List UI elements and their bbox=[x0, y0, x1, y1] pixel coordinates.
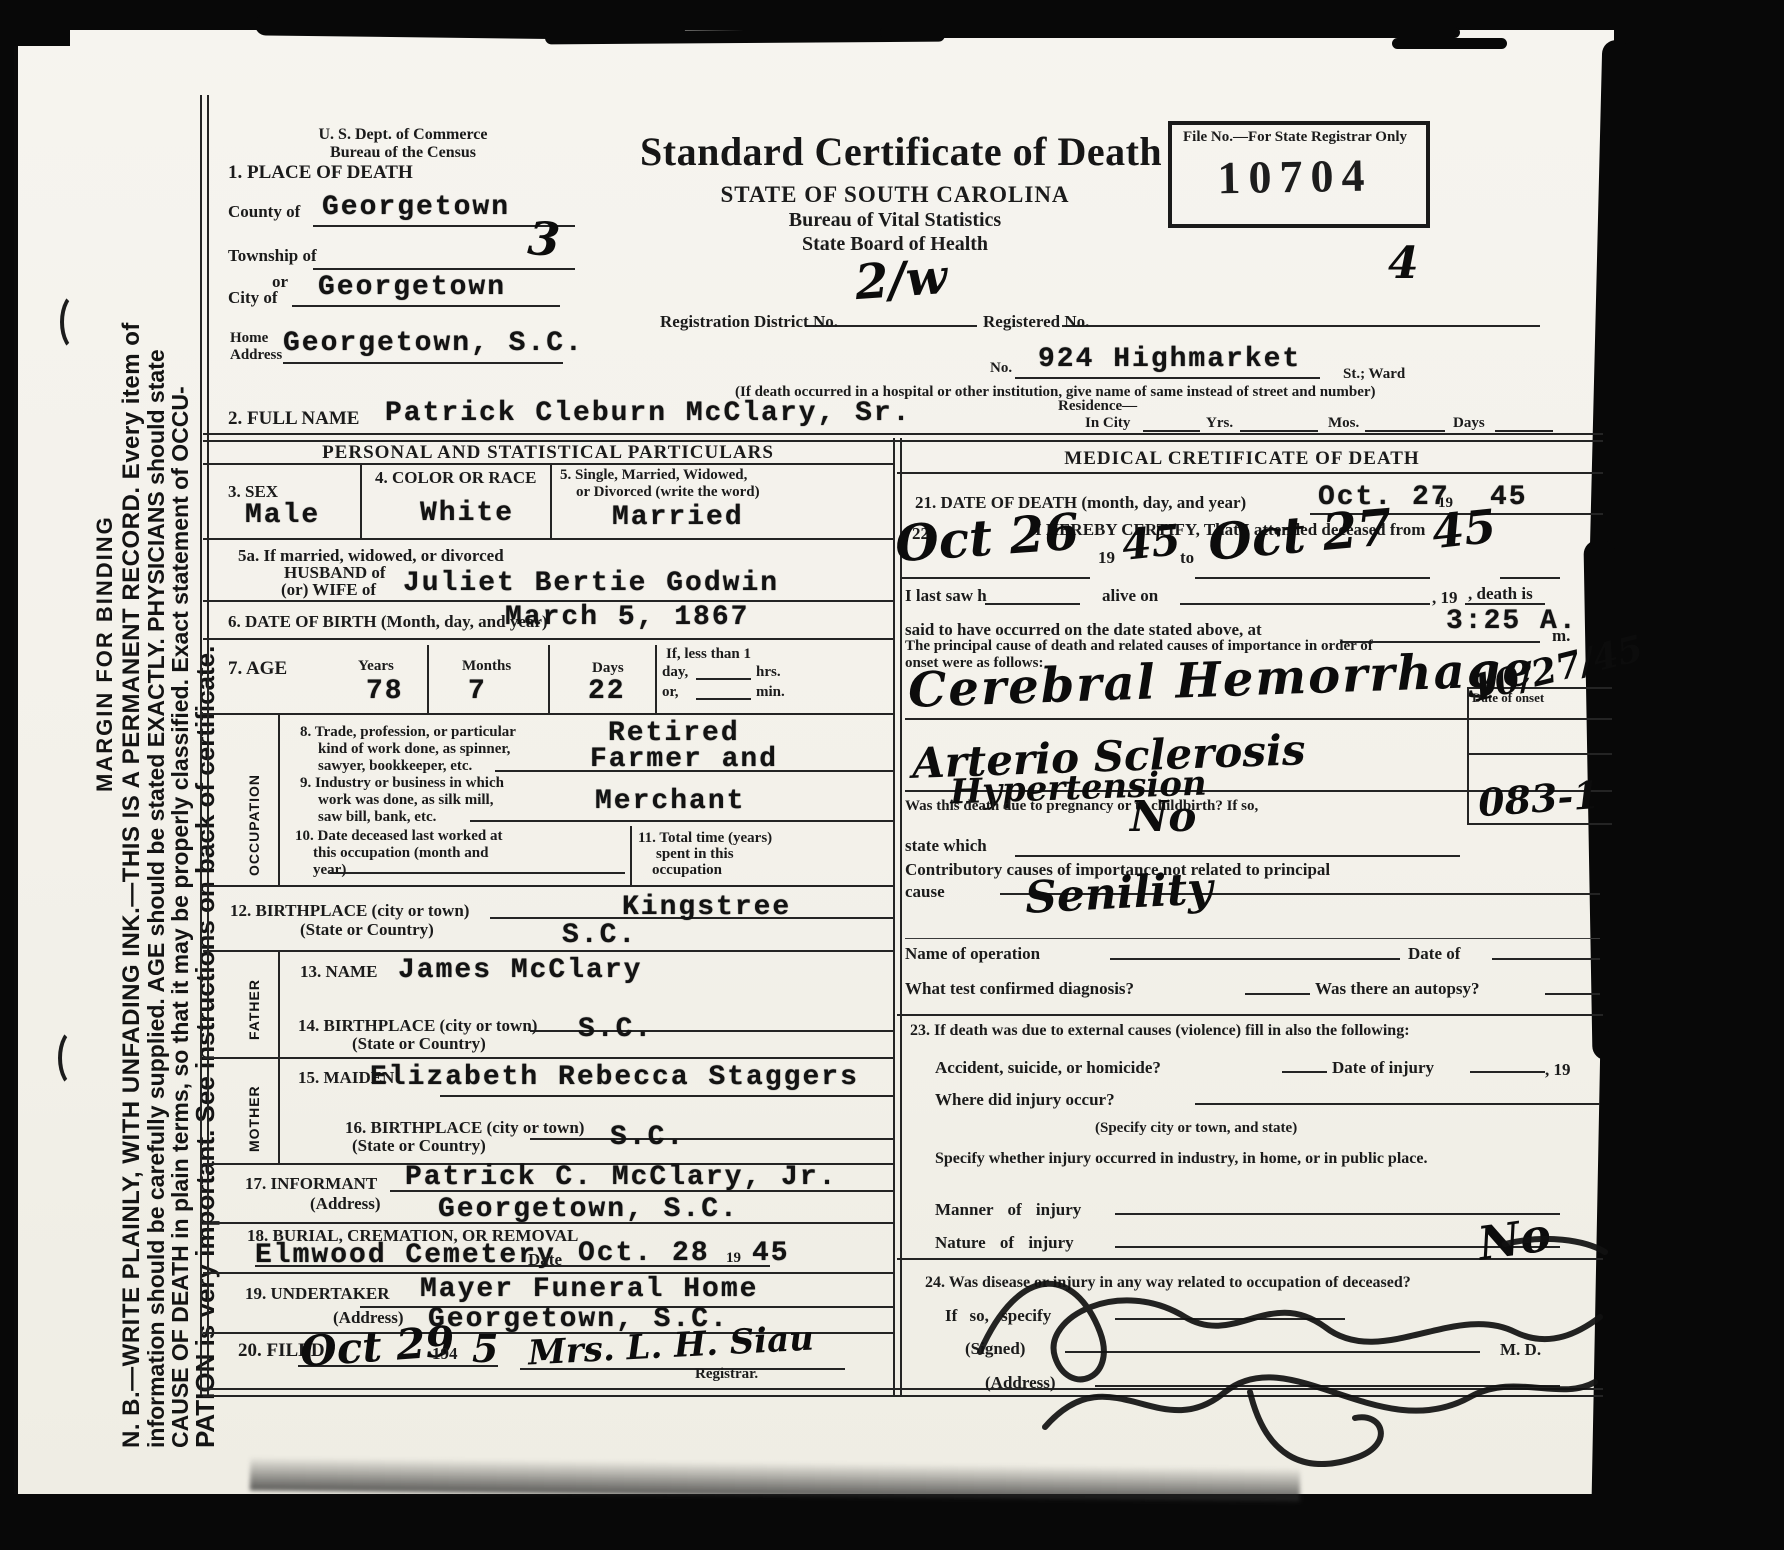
filed-year-value: 5 bbox=[472, 1326, 498, 1371]
full-name-value: Patrick Cleburn McClary, Sr. bbox=[385, 398, 911, 429]
last-saw-label: I last saw h bbox=[905, 586, 987, 606]
divider bbox=[630, 826, 632, 885]
blank-line bbox=[900, 577, 1090, 579]
blank-line bbox=[313, 268, 575, 270]
from-year-value: 45 bbox=[1120, 515, 1183, 570]
blank-line bbox=[905, 938, 1600, 939]
trade-value-2: Farmer and bbox=[590, 744, 778, 775]
scan-tear bbox=[1392, 38, 1507, 49]
street-value: 924 Highmarket bbox=[1038, 344, 1301, 375]
scan-tear bbox=[880, 27, 1460, 38]
filed-year-prefix: 194 bbox=[432, 1344, 458, 1364]
test-label: What test confirmed diagnosis? bbox=[905, 979, 1134, 999]
birthplace-city-value: Kingstree bbox=[622, 892, 791, 923]
medical-section-title: MEDICAL CRETIFICATE OF DEATH bbox=[897, 448, 1587, 470]
spouse-value: Juliet Bertie Godwin bbox=[403, 568, 779, 599]
blank-line bbox=[530, 1138, 893, 1140]
county-label: County of bbox=[228, 202, 300, 222]
rule bbox=[203, 950, 893, 952]
blank-line bbox=[1492, 958, 1600, 960]
if-less-label-1: If, less than 1 bbox=[666, 646, 751, 663]
informant-value: Patrick C. McClary, Jr. bbox=[405, 1162, 837, 1193]
blank-line bbox=[1110, 958, 1400, 960]
home-label2: Address bbox=[230, 347, 282, 364]
last-worked-label-1: 10. Date deceased last worked at bbox=[295, 828, 502, 845]
residence-label: Residence— bbox=[1058, 398, 1137, 415]
certificate-title: Standard Certificate of Death bbox=[640, 128, 1150, 175]
injury-date-label: Date of injury bbox=[1332, 1058, 1434, 1078]
punch-hole bbox=[60, 292, 94, 352]
blank-line bbox=[470, 820, 893, 822]
blank-line bbox=[1015, 855, 1460, 857]
manner-of-injury-label: Manner of injury bbox=[935, 1200, 1081, 1220]
age-years-value: 78 bbox=[366, 676, 404, 707]
industry-label-3: saw bill, bank, etc. bbox=[318, 809, 436, 826]
birthplace-state-value: S.C. bbox=[562, 920, 637, 951]
total-time-label-1: 11. Total time (years) bbox=[638, 830, 772, 847]
blank-line bbox=[1245, 993, 1310, 995]
rule bbox=[203, 538, 893, 540]
in-city-label: In City bbox=[1085, 415, 1130, 432]
physician-signature bbox=[950, 1232, 1610, 1467]
home-value: Georgetown, S.C. bbox=[283, 328, 584, 359]
m-label: m. bbox=[1552, 626, 1570, 646]
divider bbox=[1467, 687, 1469, 825]
reg-district-value: 2/w bbox=[853, 249, 949, 311]
pregnancy-label: Was this death due to pregnancy or to ch… bbox=[905, 798, 1258, 815]
industry-label-1: 9. Industry or business in which bbox=[300, 775, 504, 792]
autopsy-label: Was there an autopsy? bbox=[1315, 979, 1480, 999]
birthplace-label-1: 12. BIRTHPLACE (city or town) bbox=[230, 901, 469, 921]
blank-line bbox=[1015, 377, 1320, 379]
trade-label-3: sawyer, bookkeeper, etc. bbox=[318, 758, 472, 775]
rule bbox=[897, 472, 1603, 474]
divider bbox=[550, 463, 552, 538]
contributory-value: Senility bbox=[1024, 863, 1214, 924]
trade-label-1: 8. Trade, profession, or particular bbox=[300, 724, 516, 741]
full-name-label: 2. FULL NAME bbox=[228, 408, 359, 430]
divider bbox=[278, 950, 280, 1057]
blank-line bbox=[283, 362, 563, 364]
total-time-label-2: spent in this bbox=[656, 846, 734, 863]
blank-line bbox=[1195, 577, 1430, 579]
father-name-value: James McClary bbox=[398, 955, 642, 986]
marital-label-2: or Divorced (write the word) bbox=[576, 484, 760, 501]
rule bbox=[203, 885, 893, 887]
pregnancy-value: No bbox=[1130, 792, 1196, 841]
age-days-value: 22 bbox=[588, 676, 626, 707]
personal-section-title: PERSONAL AND STATISTICAL PARTICULARS bbox=[203, 442, 893, 464]
married-label-3: (or) WIFE of bbox=[281, 580, 376, 600]
dod-year-value: 45 bbox=[1490, 482, 1528, 513]
dept-line2: Bureau of the Census bbox=[300, 144, 506, 162]
father-bp-label-1: 14. BIRTHPLACE (city or town) bbox=[298, 1016, 537, 1036]
county-value: Georgetown bbox=[322, 192, 510, 223]
specify-note-label: Specify whether injury occurred in indus… bbox=[935, 1150, 1427, 1168]
divider bbox=[200, 95, 209, 1395]
divider bbox=[893, 438, 902, 1395]
reg-district-label: Registration District No. bbox=[660, 312, 838, 332]
burial-year-value: 45 bbox=[752, 1238, 790, 1269]
place-of-death-label: 1. PLACE OF DEATH bbox=[228, 162, 413, 184]
township-label: Township of bbox=[228, 246, 317, 266]
to-year-value: 45 bbox=[1429, 499, 1498, 559]
last-worked-label-3: year) bbox=[313, 862, 346, 879]
blank-line bbox=[985, 603, 1080, 605]
blank-line bbox=[1495, 430, 1553, 432]
where-injury-label: Where did injury occur? bbox=[935, 1090, 1115, 1110]
blank-line bbox=[696, 698, 751, 700]
blank-line bbox=[696, 678, 751, 680]
informant-addr-value: Georgetown, S.C. bbox=[438, 1194, 739, 1225]
state-line: STATE OF SOUTH CAROLINA bbox=[700, 182, 1090, 208]
mother-bp-label-1: 16. BIRTHPLACE (city or town) bbox=[345, 1118, 584, 1138]
rule bbox=[897, 1014, 1603, 1016]
scan-edge-bottom bbox=[0, 1494, 1784, 1550]
city-value: Georgetown bbox=[318, 272, 506, 303]
mother-side-label: MOTHER bbox=[246, 1085, 262, 1152]
hrs-label: hrs. bbox=[756, 664, 781, 681]
days-label: Days bbox=[1453, 415, 1485, 432]
sex-label: 3. SEX bbox=[228, 482, 278, 502]
divider bbox=[278, 1057, 280, 1163]
total-time-label-3: occupation bbox=[652, 862, 722, 879]
blank-line bbox=[1470, 1071, 1545, 1073]
industry-value: Merchant bbox=[595, 786, 745, 817]
father-name-label: 13. NAME bbox=[300, 962, 377, 982]
informant-label: 17. INFORMANT bbox=[245, 1174, 377, 1194]
registered-no-value: 4 bbox=[1388, 238, 1419, 289]
divider bbox=[360, 463, 362, 538]
burial-date-label: Date bbox=[528, 1250, 562, 1270]
divider bbox=[278, 713, 280, 885]
blank-line bbox=[1062, 325, 1540, 327]
burial-place-value: Elmwood Cemetery bbox=[255, 1240, 556, 1271]
blank-line bbox=[1143, 430, 1200, 432]
divider bbox=[427, 645, 429, 713]
margin-note-line2: information should be carefully supplied… bbox=[143, 349, 170, 1448]
blank-line bbox=[1195, 1103, 1600, 1105]
blank-line bbox=[1180, 603, 1430, 605]
trade-label-2: kind of work done, as spinner, bbox=[318, 741, 510, 758]
age-months-label: Months bbox=[462, 658, 511, 675]
divider bbox=[548, 645, 550, 713]
blank-line bbox=[330, 872, 625, 874]
informant-addr-label: (Address) bbox=[310, 1194, 381, 1214]
city-label: City of bbox=[228, 288, 278, 308]
divider bbox=[203, 433, 1603, 442]
date-of-label: Date of bbox=[1408, 944, 1460, 964]
township-value: 3 bbox=[526, 211, 562, 267]
year-19-label: , 19 bbox=[1432, 588, 1458, 608]
blank-line bbox=[1545, 993, 1600, 995]
age-label: 7. AGE bbox=[228, 658, 287, 680]
last-worked-label-2: this occupation (month and bbox=[313, 845, 488, 862]
industry-label-2: work was done, as silk mill, bbox=[318, 792, 493, 809]
undertaker-value: Mayer Funeral Home bbox=[420, 1274, 758, 1305]
age-days-label: Days bbox=[592, 660, 624, 677]
death-is-label: , death is bbox=[1468, 584, 1533, 604]
alive-on-label: alive on bbox=[1102, 586, 1158, 606]
rule bbox=[203, 713, 893, 715]
dob-label: 6. DATE OF BIRTH (Month, day, and year) bbox=[228, 612, 548, 632]
maiden-value: Elizabeth Rebecca Staggers bbox=[370, 1062, 859, 1093]
mother-bp-label-2: (State or Country) bbox=[352, 1136, 486, 1156]
age-years-label: Years bbox=[358, 658, 394, 675]
cause-code-value: 083-1 bbox=[1477, 772, 1601, 825]
occurred-label: said to have occurred on the date stated… bbox=[905, 620, 1262, 640]
marital-label-1: 5. Single, Married, Widowed, bbox=[560, 467, 747, 484]
scan-edge-left bbox=[0, 0, 14, 1550]
rule bbox=[203, 1057, 893, 1059]
blank-line bbox=[1240, 430, 1318, 432]
scanned-death-certificate: MARGIN FOR BINDING N. B.—WRITE PLAINLY, … bbox=[0, 0, 1784, 1550]
injury-year-label: , 19 bbox=[1545, 1060, 1571, 1080]
blank-line bbox=[440, 1095, 893, 1097]
sex-value: Male bbox=[245, 500, 320, 531]
scan-corner bbox=[0, 0, 70, 46]
file-no-value: 10704 bbox=[1180, 148, 1411, 205]
race-label: 4. COLOR OR RACE bbox=[375, 468, 537, 488]
blank-line bbox=[292, 305, 560, 307]
burial-date-value: Oct. 28 bbox=[578, 1238, 710, 1269]
blank-line bbox=[1282, 1071, 1327, 1073]
if-less-label-2: day, bbox=[662, 664, 688, 681]
burial-year-prefix: 19 bbox=[726, 1250, 741, 1267]
state-which-label: state which bbox=[905, 836, 987, 856]
home-label1: Home bbox=[230, 330, 268, 347]
father-bp-value: S.C. bbox=[578, 1014, 653, 1045]
birthplace-label-2: (State or Country) bbox=[300, 920, 434, 940]
dob-value: March 5, 1867 bbox=[505, 602, 749, 633]
mother-bp-value: S.C. bbox=[610, 1122, 685, 1153]
operation-label: Name of operation bbox=[905, 944, 1040, 964]
st-ward-label: St.; Ward bbox=[1343, 366, 1405, 383]
from-year-prefix: 19 bbox=[1098, 548, 1115, 568]
father-side-label: FATHER bbox=[246, 979, 262, 1040]
dept-line1: U. S. Dept. of Commerce bbox=[300, 126, 506, 144]
accident-label: Accident, suicide, or homicide? bbox=[935, 1058, 1161, 1078]
undertaker-label: 19. UNDERTAKER bbox=[245, 1284, 390, 1304]
scan-edge-right bbox=[1614, 0, 1784, 1550]
yrs-label: Yrs. bbox=[1206, 415, 1233, 432]
bureau-line: Bureau of Vital Statistics bbox=[700, 209, 1090, 232]
blank-line bbox=[905, 718, 1612, 720]
blank-line bbox=[1365, 430, 1445, 432]
to-label: to bbox=[1180, 548, 1194, 568]
file-no-label: File No.—For State Registrar Only bbox=[1172, 129, 1418, 146]
father-bp-label-2: (State or Country) bbox=[352, 1034, 486, 1054]
contributory-label-2: cause bbox=[905, 882, 945, 902]
punch-hole bbox=[58, 1028, 92, 1088]
marital-value: Married bbox=[612, 502, 744, 533]
specify-city-label: (Specify city or town, and state) bbox=[1095, 1120, 1297, 1137]
street-no-label: No. bbox=[990, 360, 1012, 377]
registrar-label: Registrar. bbox=[695, 1366, 758, 1383]
min-label: min. bbox=[756, 684, 785, 701]
race-value: White bbox=[420, 498, 514, 529]
blank-line bbox=[1500, 577, 1560, 579]
rule bbox=[1467, 753, 1612, 755]
occupation-side-label: OCCUPATION bbox=[246, 774, 262, 876]
margin-binding-text: MARGIN FOR BINDING bbox=[92, 515, 118, 792]
or-less-label: or, bbox=[662, 684, 679, 701]
age-months-value: 7 bbox=[468, 676, 487, 707]
registered-no-label: Registered No. bbox=[983, 312, 1089, 332]
divider bbox=[655, 645, 657, 713]
mos-label: Mos. bbox=[1328, 415, 1359, 432]
margin-note-line1: N. B.—WRITE PLAINLY, WITH UNFADING INK.—… bbox=[118, 322, 146, 1448]
rule bbox=[203, 638, 893, 640]
external-causes-label: 23. If death was due to external causes … bbox=[910, 1022, 1410, 1040]
